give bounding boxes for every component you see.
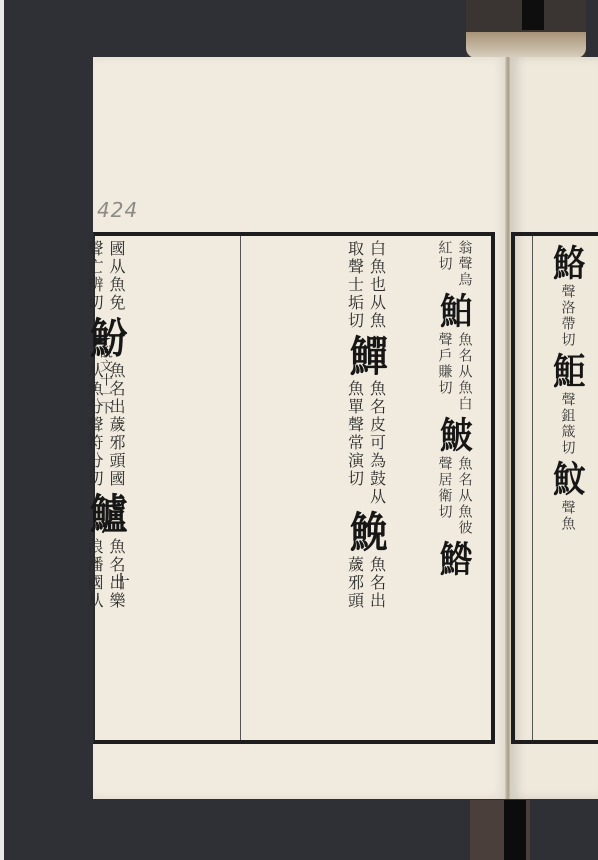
annotation-line: 魚名从魚白 xyxy=(456,332,473,412)
annotation-line: 魚名出薉邪頭國 xyxy=(107,362,126,488)
text-column: 翁聲烏紅切鮊魚名从魚白聲戶賺切鮍魚名从魚彼聲居衛切鯦 xyxy=(376,236,532,740)
seal-script-headword: 鯦 xyxy=(436,540,472,576)
annotation-line: 从魚分聲符分切 xyxy=(85,362,104,488)
book-spine-bottom xyxy=(470,800,530,860)
seal-script-headword: 魵 xyxy=(85,316,126,358)
adjacent-text-frame: 鮥聲洛帶切鮔聲鉏箴切魰聲魚翁聲烏紅切鮊魚名从魚白聲戶賺切鮍魚名从魚彼聲居衛切鯦 xyxy=(511,232,598,744)
annotation-text: 聲洛帶切 xyxy=(559,284,576,348)
seal-script-headword: 鮊 xyxy=(436,292,472,328)
annotation-text: 聲鉏箴切 xyxy=(559,392,576,456)
pencil-annotation: 424 xyxy=(97,198,138,222)
annotation-line: 取聲士垢切 xyxy=(346,240,365,330)
annotation-line: 聲魚 xyxy=(559,500,576,532)
seal-script-headword: 鮍 xyxy=(436,416,472,452)
annotation-line: 魚名从魚彼 xyxy=(456,456,473,536)
annotation-line: 聲戶賺切 xyxy=(436,332,453,412)
annotation-line: 聲居衛切 xyxy=(436,456,453,536)
annotation-text: 魚名从魚白聲戶賺切 xyxy=(436,332,473,412)
seal-script-headword: 魰 xyxy=(549,460,585,496)
annotation-text: 翁聲烏紅切 xyxy=(436,240,473,288)
annotation-text: 聲魚 xyxy=(559,500,576,532)
annotation-line: 魚單聲常演切 xyxy=(346,380,365,506)
annotation-line: 聲亡辨切 xyxy=(85,240,104,312)
annotation-text: 魚名出薉邪頭國从魚分聲符分切 xyxy=(85,362,126,488)
text-column: 鮥聲洛帶切鮔聲鉏箴切魰聲魚 xyxy=(532,236,598,740)
annotation-text: 魚名从魚彼聲居衛切 xyxy=(436,456,473,536)
seal-script-headword: 鮔 xyxy=(549,352,585,388)
annotation-text: 國从魚免聲亡辨切 xyxy=(85,240,126,312)
annotation-line: 魚名出樂 xyxy=(107,538,126,610)
adjacent-text-columns: 鮥聲洛帶切鮔聲鉏箴切魰聲魚翁聲烏紅切鮊魚名从魚白聲戶賺切鮍魚名从魚彼聲居衛切鯦 xyxy=(515,236,598,740)
text-column: 國从魚免聲亡辨切魵魚名出薉邪頭國从魚分聲符分切鱸魚名出樂浪潘國从 xyxy=(0,236,240,740)
annotation-line: 國从魚免 xyxy=(107,240,126,312)
annotation-line: 聲鉏箴切 xyxy=(559,392,576,456)
annotation-line: 紅切 xyxy=(436,240,453,288)
annotation-line: 浪潘國从 xyxy=(85,538,104,610)
seal-script-headword: 鮥 xyxy=(549,244,585,280)
annotation-line: 聲洛帶切 xyxy=(559,284,576,348)
seal-script-headword: 鱸 xyxy=(85,492,126,534)
book-spine-top xyxy=(466,0,586,60)
annotation-line: 薉邪頭 xyxy=(346,556,365,610)
annotation-text: 魚名出樂浪潘國从 xyxy=(85,538,126,610)
annotation-line: 翁聲烏 xyxy=(456,240,473,288)
